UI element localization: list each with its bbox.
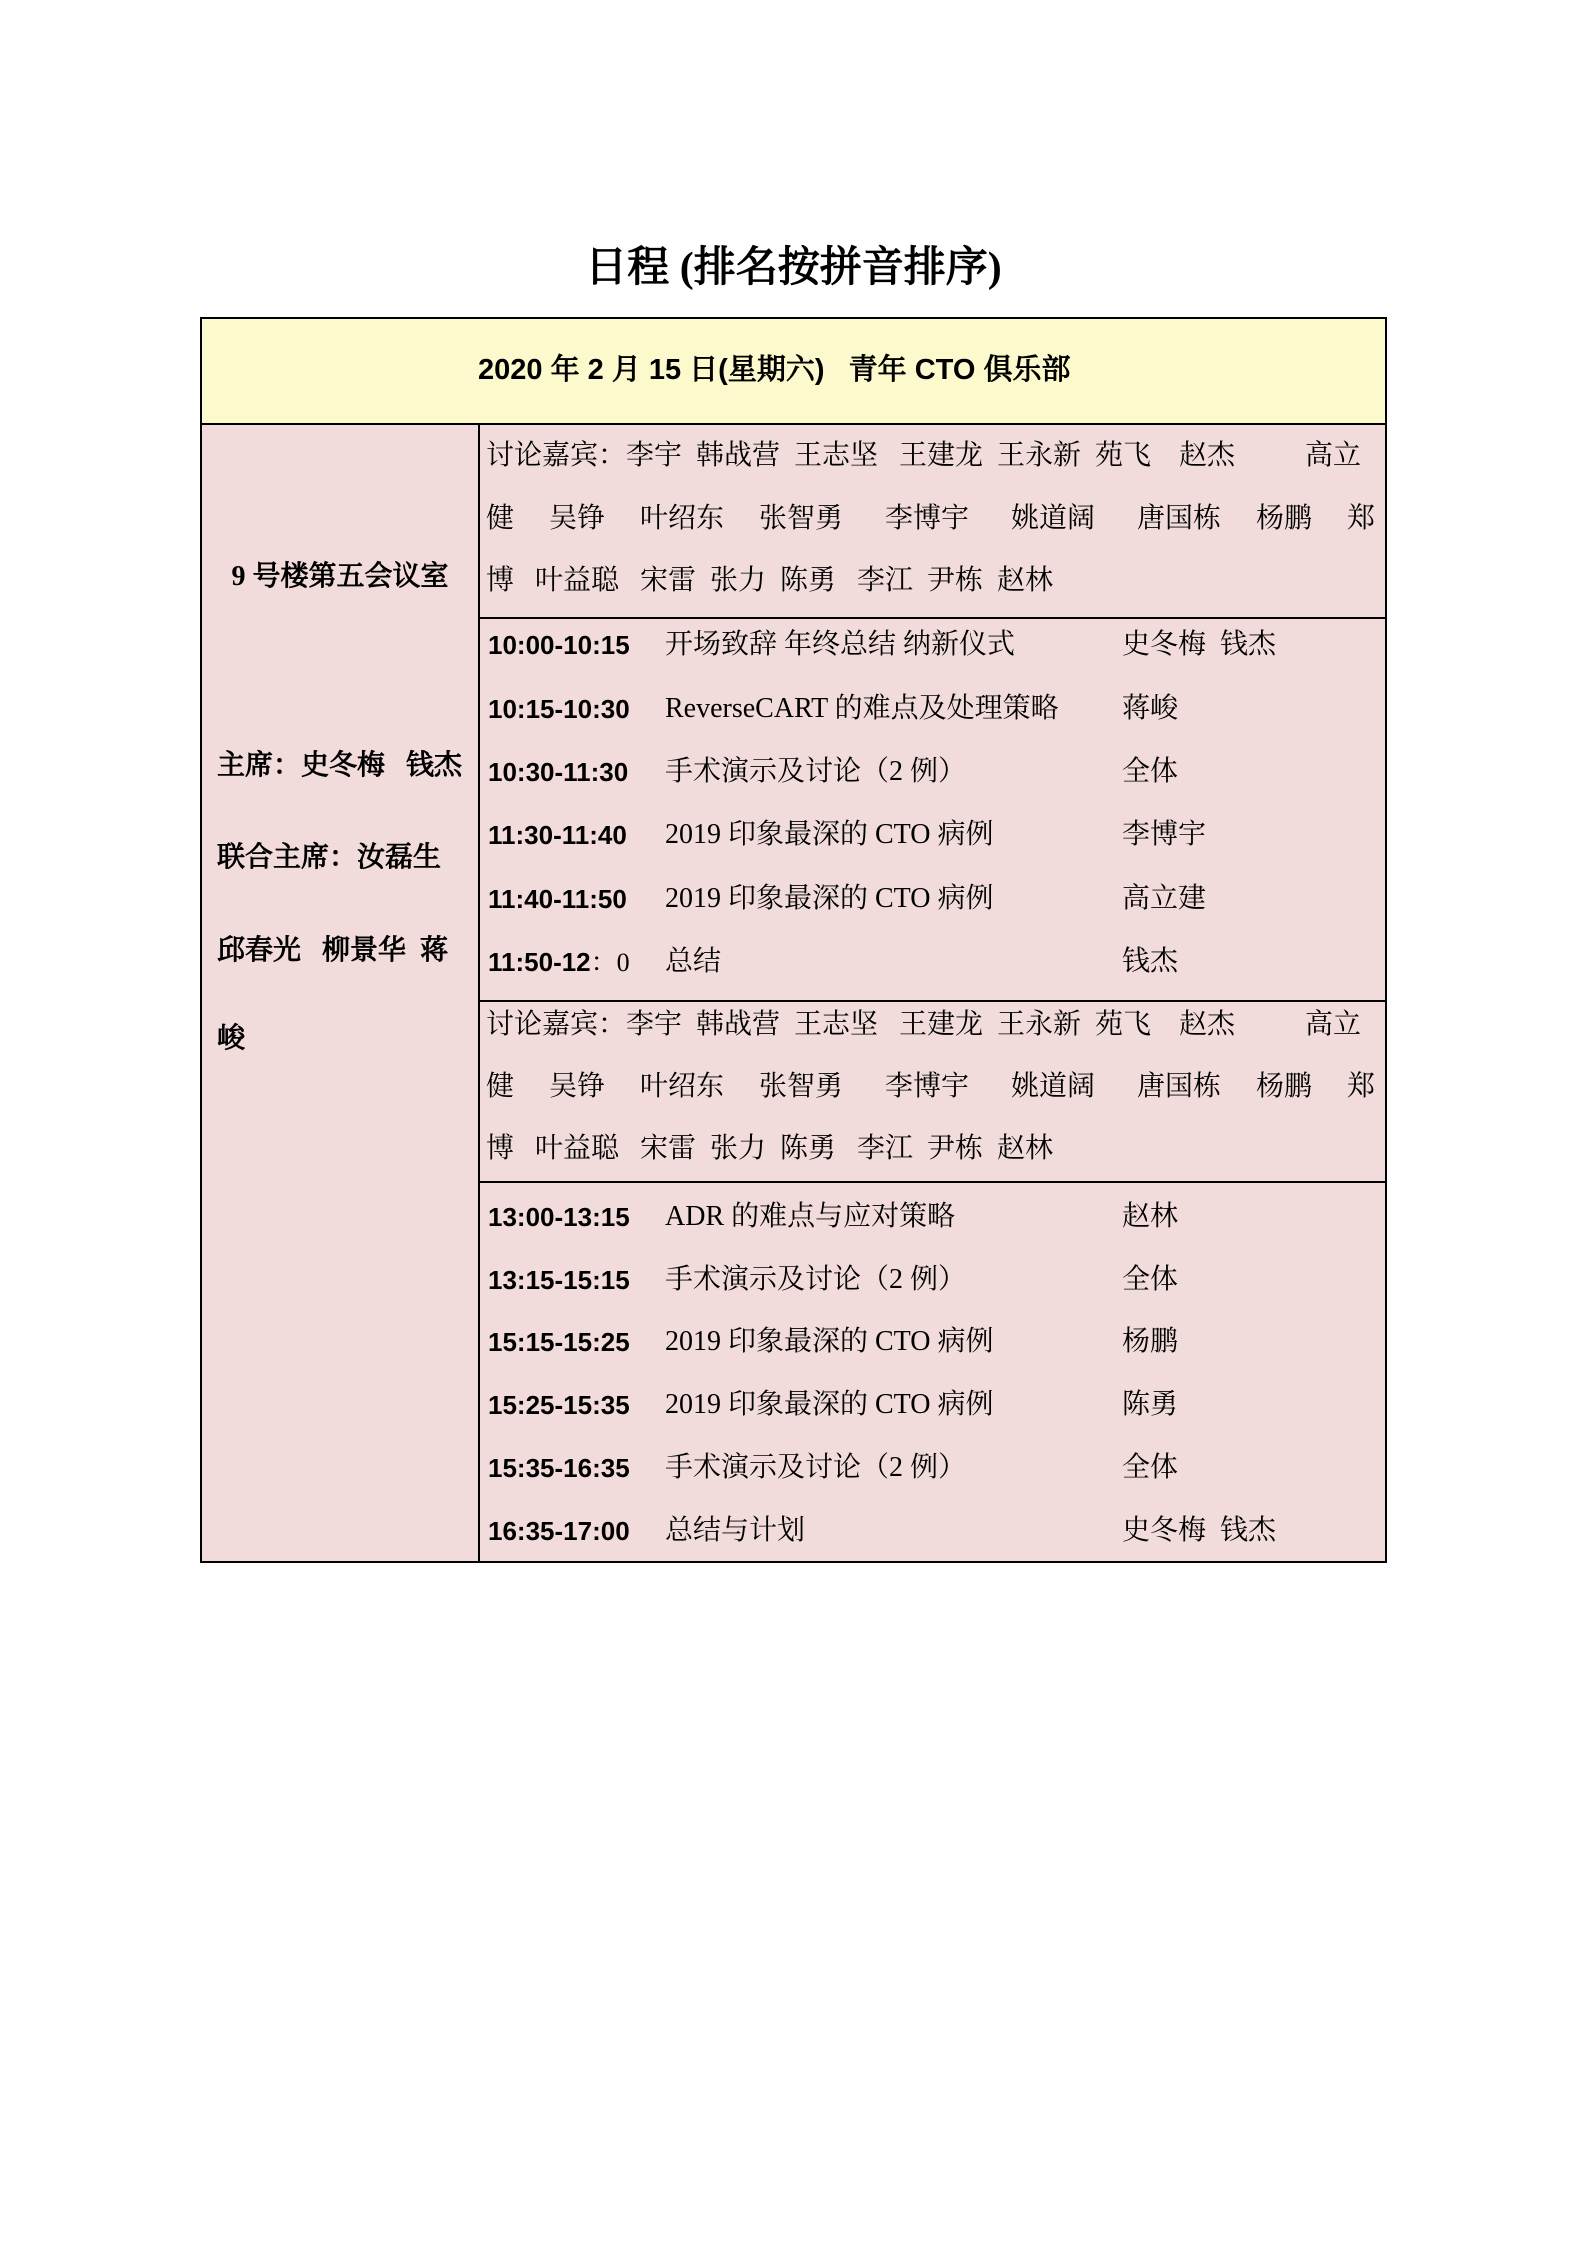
presenters: 钱杰	[1122, 947, 1178, 977]
time-text: 15:15-15:25	[488, 1327, 630, 1357]
schedule-row: 16:35-17:00 总结与计划 史冬梅 钱杰	[480, 1516, 1385, 1552]
date-header-text: 2020 年 2 月 15 日(星期六) 青年 CTO 俱乐部	[478, 319, 1070, 421]
schedule-row: 11:50-12：0 总结 钱杰	[480, 947, 1385, 983]
time-range: 10:00-10:15	[488, 630, 630, 661]
time-range: 15:25-15:35	[488, 1390, 630, 1421]
schedule-row: 11:30-11:40 2019 印象最深的 CTO 病例 李博宇	[480, 820, 1385, 856]
time-range: 11:40-11:50	[488, 884, 627, 915]
time-range: 10:30-11:30	[488, 757, 628, 788]
guests-cell-afternoon: 讨论嘉宾：李宇 韩战营 王志坚 王建龙 王永新 苑飞 赵杰 高立 健 吴铮 叶绍…	[480, 1002, 1385, 1183]
activity: 2019 印象最深的 CTO 病例	[665, 884, 994, 914]
presenters: 全体	[1122, 1265, 1178, 1295]
schedule-cell-afternoon: 13:00-13:15 ADR 的难点与应对策略 赵林 13:15-15:15 …	[480, 1183, 1385, 1561]
time-range: 15:15-15:25	[488, 1327, 630, 1358]
venue-chair-line: 主席：史冬梅 钱杰	[217, 750, 474, 782]
presenters: 陈勇	[1122, 1390, 1178, 1420]
schedule-row: 13:00-13:15 ADR 的难点与应对策略 赵林	[480, 1202, 1385, 1238]
venue-cell: 9 号楼第五会议室 主席：史冬梅 钱杰 联合主席：汝磊生 邱春光 柳景华 蒋 峻	[202, 425, 480, 1561]
time-text: 13:00-13:15	[488, 1202, 630, 1232]
presenters: 杨鹏	[1122, 1327, 1178, 1357]
presenters: 史冬梅 钱杰	[1122, 1516, 1276, 1546]
guest-line: 讨论嘉宾：李宇 韩战营 王志坚 王建龙 王永新 苑飞 赵杰 高立	[486, 441, 1377, 471]
guest-line: 讨论嘉宾：李宇 韩战营 王志坚 王建龙 王永新 苑飞 赵杰 高立	[486, 1010, 1377, 1040]
time-text: 11:40-11:50	[488, 884, 627, 914]
activity: 2019 印象最深的 CTO 病例	[665, 1390, 994, 1420]
activity: 总结	[665, 947, 721, 977]
time-range: 16:35-17:00	[488, 1516, 630, 1547]
activity: 手术演示及讨论（2 例）	[665, 1265, 966, 1295]
schedule-row: 15:15-15:25 2019 印象最深的 CTO 病例 杨鹏	[480, 1327, 1385, 1363]
activity: 手术演示及讨论（2 例）	[665, 1453, 966, 1483]
guests-cell-morning: 讨论嘉宾：李宇 韩战营 王志坚 王建龙 王永新 苑飞 赵杰 高立 健 吴铮 叶绍…	[480, 425, 1385, 619]
activity: 开场致辞 年终总结 纳新仪式	[665, 630, 1015, 660]
presenters: 全体	[1122, 1453, 1178, 1483]
venue-cochair-line: 联合主席：汝磊生	[217, 842, 474, 874]
guest-line: 博 叶益聪 宋雷 张力 陈勇 李江 尹栋 赵林	[486, 1134, 1377, 1164]
presenters: 全体	[1122, 757, 1178, 787]
activity: 2019 印象最深的 CTO 病例	[665, 1327, 994, 1357]
venue-room: 9 号楼第五会议室	[202, 561, 478, 593]
time-text: 10:15-10:30	[488, 694, 630, 724]
venue-cochair-line: 峻	[217, 1023, 474, 1055]
presenters: 李博宇	[1122, 820, 1206, 850]
document-page: 日程 (排名按拼音排序) 2020 年 2 月 15 日(星期六) 青年 CTO…	[0, 0, 1587, 2245]
activity: 2019 印象最深的 CTO 病例	[665, 820, 994, 850]
guest-line: 健 吴铮 叶绍东 张智勇 李博宇 姚道阔 唐国栋 杨鹏 郑	[486, 504, 1377, 534]
activity: 手术演示及讨论（2 例）	[665, 757, 966, 787]
schedule-cell-morning: 10:00-10:15 开场致辞 年终总结 纳新仪式 史冬梅 钱杰 10:15-…	[480, 619, 1385, 1002]
presenters: 史冬梅 钱杰	[1122, 630, 1276, 660]
time-range: 13:00-13:15	[488, 1202, 630, 1233]
date-header-row: 2020 年 2 月 15 日(星期六) 青年 CTO 俱乐部	[202, 319, 1385, 425]
time-range: 13:15-15:15	[488, 1265, 630, 1296]
guest-line: 博 叶益聪 宋雷 张力 陈勇 李江 尹栋 赵林	[486, 566, 1377, 596]
time-range: 10:15-10:30	[488, 694, 630, 725]
schedule-table: 2020 年 2 月 15 日(星期六) 青年 CTO 俱乐部 9 号楼第五会议…	[200, 317, 1387, 1563]
time-range: 11:50-12：0	[488, 947, 630, 978]
schedule-row: 13:15-15:15 手术演示及讨论（2 例） 全体	[480, 1265, 1385, 1301]
time-text: 15:35-16:35	[488, 1453, 630, 1483]
time-text: 15:25-15:35	[488, 1390, 630, 1420]
time-range: 11:30-11:40	[488, 820, 627, 851]
time-range: 15:35-16:35	[488, 1453, 630, 1484]
presenters: 赵林	[1122, 1202, 1178, 1232]
schedule-row: 10:00-10:15 开场致辞 年终总结 纳新仪式 史冬梅 钱杰	[480, 630, 1385, 666]
presenters: 高立建	[1122, 884, 1206, 914]
schedule-row: 15:25-15:35 2019 印象最深的 CTO 病例 陈勇	[480, 1390, 1385, 1426]
guest-line: 健 吴铮 叶绍东 张智勇 李博宇 姚道阔 唐国栋 杨鹏 郑	[486, 1072, 1377, 1102]
time-text: 10:00-10:15	[488, 630, 630, 660]
venue-cochair-line: 邱春光 柳景华 蒋	[217, 935, 474, 967]
schedule-row: 10:30-11:30 手术演示及讨论（2 例） 全体	[480, 757, 1385, 793]
time-text: 10:30-11:30	[488, 757, 628, 787]
time-suffix: ：0	[591, 948, 630, 977]
time-text: 11:30-11:40	[488, 820, 627, 850]
schedule-row: 10:15-10:30 ReverseCART 的难点及处理策略 蒋峻	[480, 694, 1385, 730]
schedule-row: 11:40-11:50 2019 印象最深的 CTO 病例 高立建	[480, 884, 1385, 920]
activity: 总结与计划	[665, 1516, 805, 1546]
page-title: 日程 (排名按拼音排序)	[0, 238, 1587, 298]
time-text: 13:15-15:15	[488, 1265, 630, 1295]
activity: ADR 的难点与应对策略	[665, 1202, 955, 1232]
presenters: 蒋峻	[1122, 694, 1178, 724]
time-text: 11:50-12	[488, 947, 591, 977]
activity: ReverseCART 的难点及处理策略	[665, 694, 1059, 724]
schedule-row: 15:35-16:35 手术演示及讨论（2 例） 全体	[480, 1453, 1385, 1489]
time-text: 16:35-17:00	[488, 1516, 630, 1546]
